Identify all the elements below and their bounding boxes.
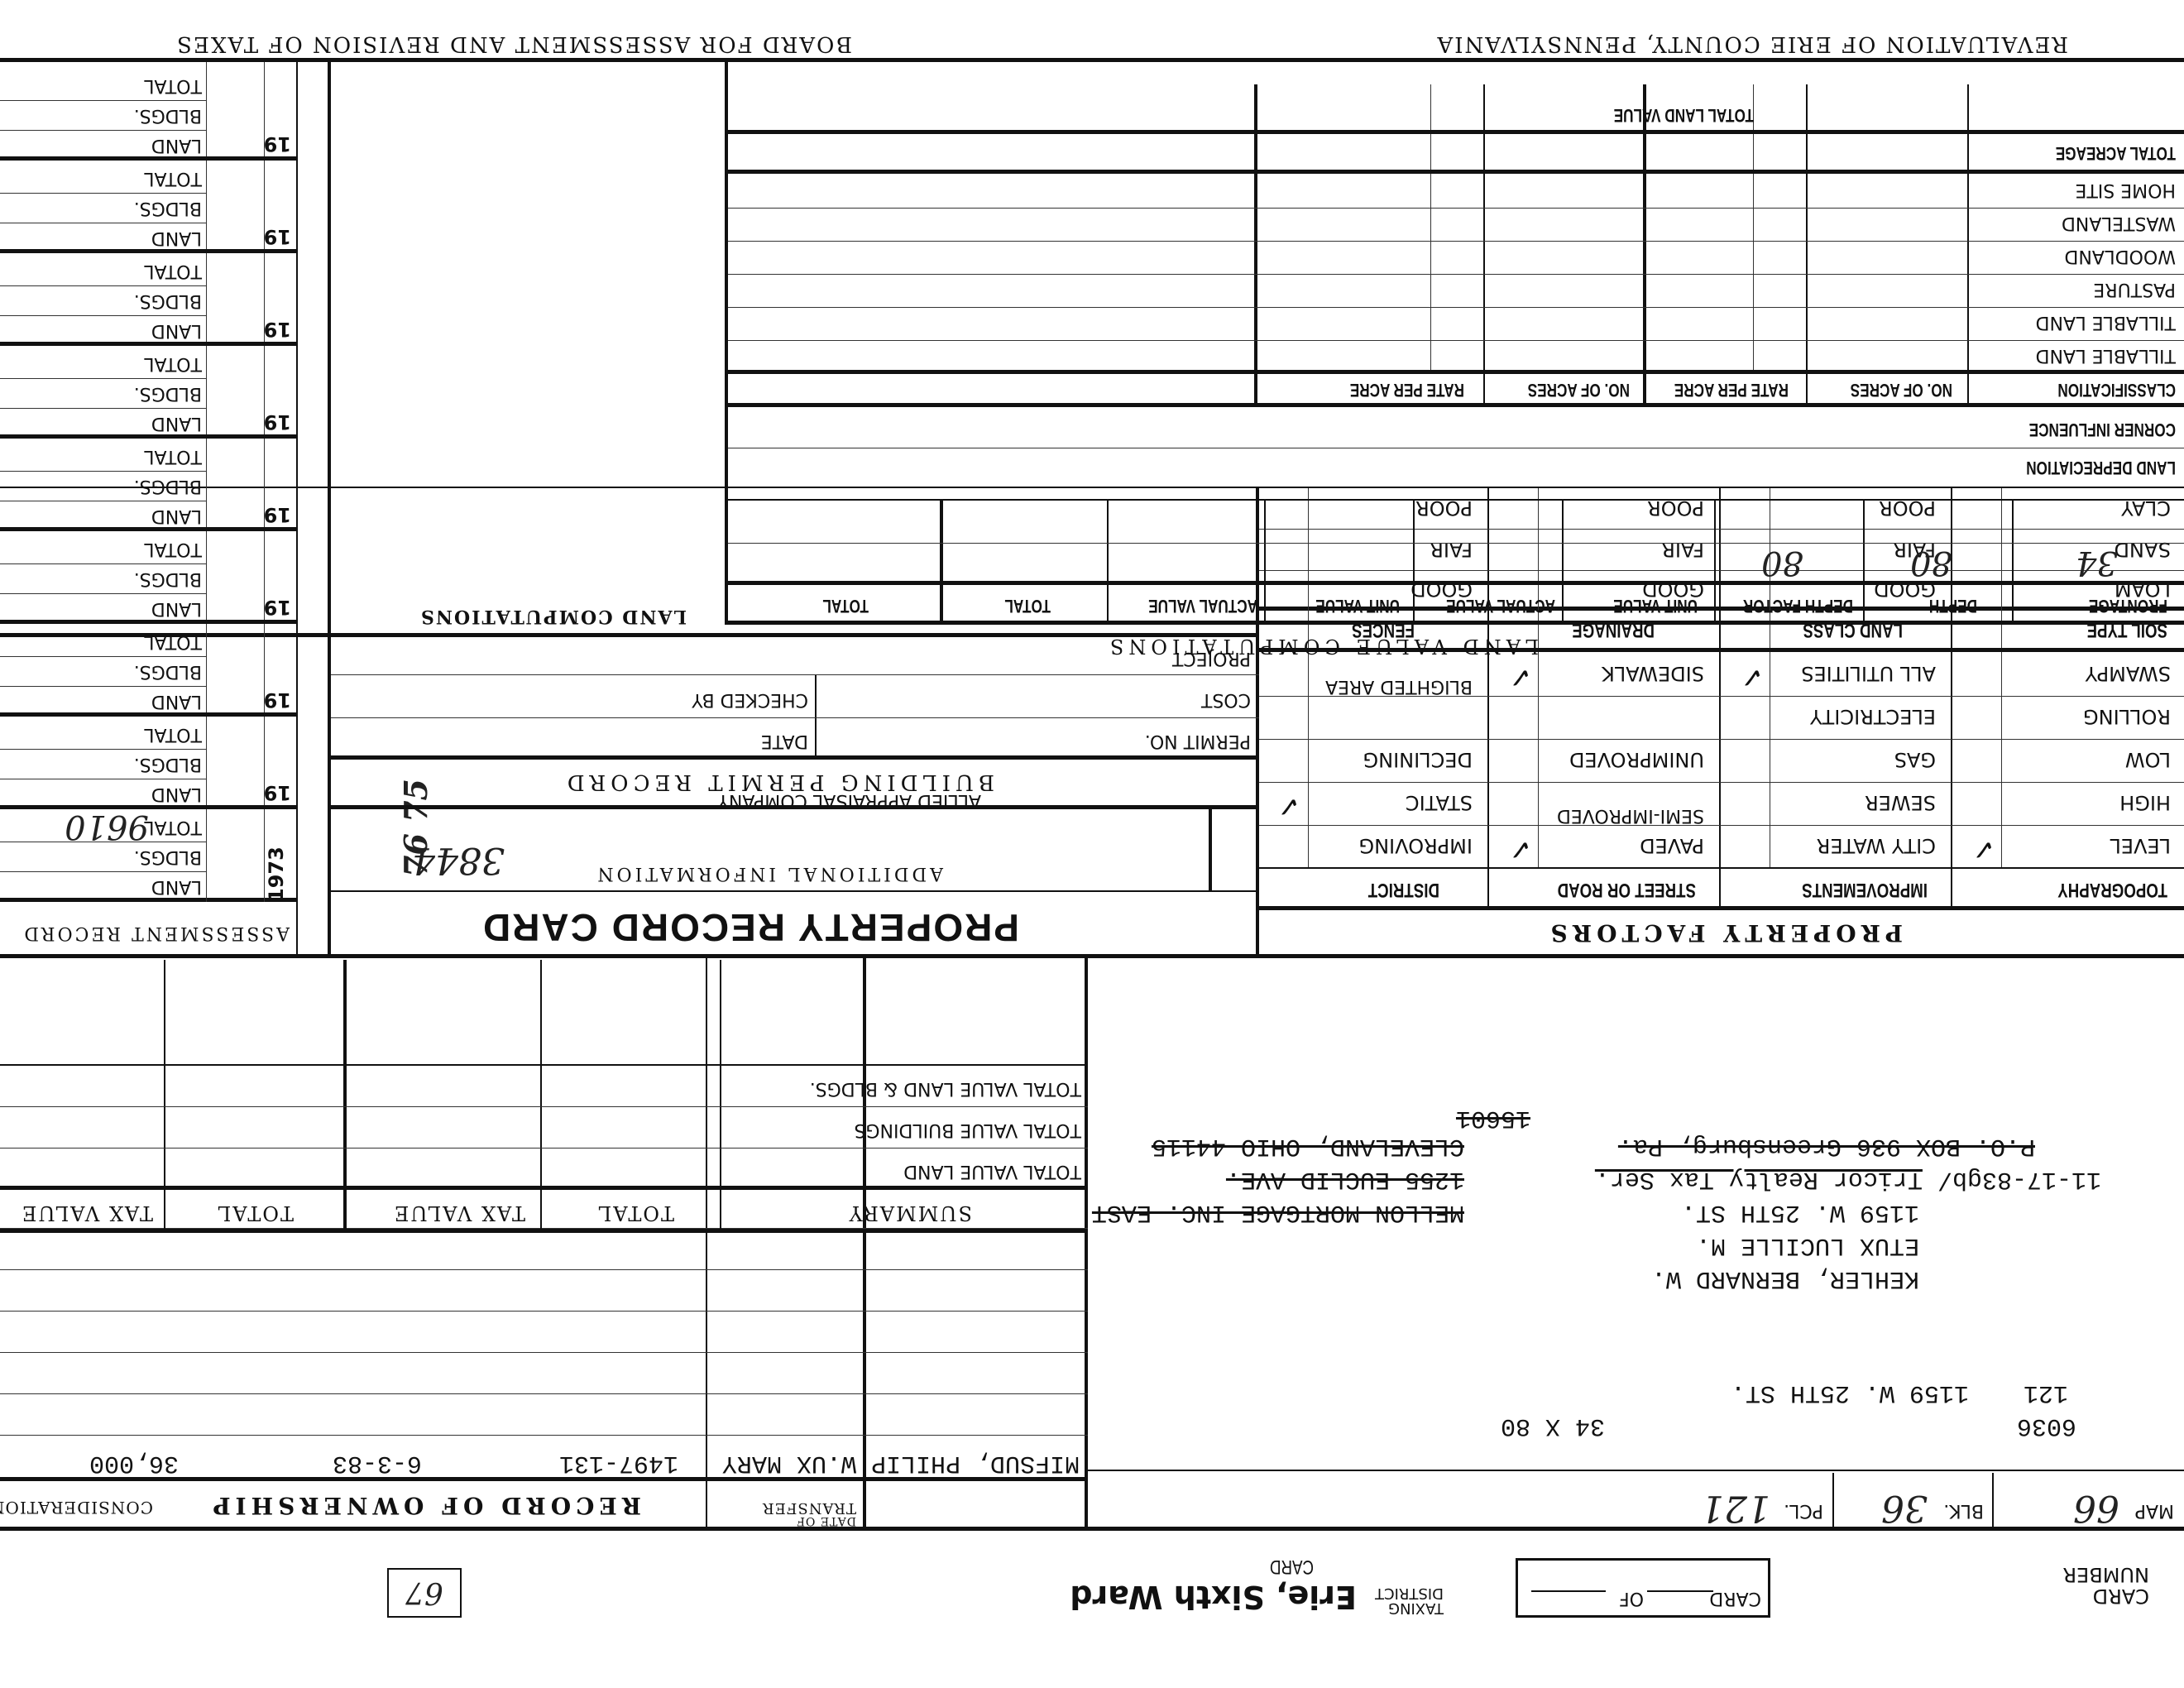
card-of-box[interactable]: CARD OF — [1516, 1558, 1770, 1618]
summary-table: SUMMARY TOTAL TAX VALUE TOTAL TAX VALUE … — [0, 960, 1088, 1233]
depth-value: 80 — [1910, 544, 1952, 582]
ownership-row-date: 6-3-83 — [333, 1449, 422, 1477]
owner-etux: ETUX LUCILLE M. — [1696, 1231, 1919, 1259]
assessment-block: 19 LAND BLDGS. TOTAL — [0, 68, 298, 161]
card-number-label: CARD — [1257, 1556, 1314, 1576]
revaluation-footer: REVALUATION OF ERIE COUNTY, PENNSYLVANIA — [1435, 31, 2068, 56]
property-record-card-title: PROPERTY RECORD CARD — [331, 892, 1259, 958]
building-permit-table: BUILDING PERMIT RECORD PERMIT NO. DATE C… — [331, 634, 1259, 809]
struck-zip: 15601 — [1456, 1104, 1530, 1132]
parcel-id-row: MAP 66 BLK. 36 PCL. 121 — [1088, 1473, 2184, 1531]
taxing-district-label: TAXING DISTRICT — [1361, 1585, 1444, 1615]
corner-influence-label: CORNER INFLUENCE — [1988, 419, 2176, 440]
struck-mortgage-street: 1255 EUCLID AVE. — [1226, 1165, 1464, 1193]
assessment-record-title: ASSESSMENT RECORD — [22, 923, 290, 943]
taxing-district-value: Erie, Sixth Ward — [1070, 1579, 1357, 1615]
assessment-block: 19 LAND BLDGS. TOTAL — [0, 531, 298, 624]
assessment-block: 19 LAND BLDGS. TOTAL — [0, 161, 298, 253]
land-value-table: FRONTAGE DEPTH DEPTH FACTOR UNIT VALUE A… — [728, 501, 2184, 625]
assessment-block: 19 LAND BLDGS. TOTAL — [0, 717, 298, 809]
assessment-block: 19 LAND BLDGS. TOTAL — [0, 253, 298, 346]
mortgage-note: 11-17-83gb/ Tricor Realty Tax Ser. — [1595, 1165, 2101, 1193]
owner-address: 1159 W. 25TH ST. — [1681, 1198, 1919, 1226]
property-record-card: CARD CARD NUMBER CARD OF TAXING DISTRICT… — [0, 0, 2184, 1688]
card-number-label: CARD NUMBER — [2058, 1564, 2149, 1607]
land-computations-label: LAND COMPUTATIONS — [419, 606, 687, 627]
assessment-year: 1973 — [265, 846, 288, 902]
owner-lot-size: 34 X 80 — [1501, 1412, 1605, 1440]
owner-name: KEHLER, BERNARD W. — [1651, 1264, 1919, 1292]
classification-table: CLASSIFICATION NO. OF ACRES RATE PER ACR… — [728, 84, 2184, 407]
record-of-ownership-header: RECORD OF OWNERSHIP DATE OF TRANSFER CON… — [0, 1481, 1088, 1531]
check-mark-icon: ✓ — [1509, 660, 1533, 693]
assessment-block: 19 LAND BLDGS. TOTAL — [0, 439, 298, 531]
assessment-block: 19 LAND BLDGS. TOTAL — [0, 624, 298, 717]
struck-po-box: P.O. BOX 936 Greensburg, Pa. — [1618, 1132, 2035, 1160]
page-number-box: 67 — [387, 1568, 462, 1618]
property-address: 1159 W. 25TH ST. — [1731, 1379, 1969, 1407]
land-depreciation-label: LAND DEPRECIATION — [1984, 457, 2176, 478]
ownership-row-consideration: 36,000 — [89, 1449, 179, 1477]
blk-value: 36 — [1881, 1487, 1928, 1529]
depth-factor-value: 80 — [1761, 544, 1803, 582]
land-computation-note: 3844 — [412, 839, 505, 881]
ownership-row-name: MIFSUD, PHILIP W.UX MARY — [722, 1449, 1080, 1477]
owner-pcl: 121 — [2024, 1379, 2068, 1407]
frontage-value: 34 — [2076, 544, 2118, 582]
assessment-table: 1973 LAND BLDGS. TOTAL 9610 19 LAND BLDG… — [0, 62, 298, 902]
map-value: 66 — [2073, 1487, 2119, 1529]
check-mark-icon: ✓ — [1741, 660, 1765, 693]
land-value-computations-title: LAND VALUE COMPUTATIONS — [1105, 635, 1539, 658]
check-mark-icon: ✓ — [1509, 832, 1533, 866]
assessment-total-value: 9610 — [65, 808, 149, 846]
struck-mortgage-name: MELLON MORTGAGE INC. EAST — [1092, 1198, 1464, 1226]
owner-line-id: 6036 — [2017, 1412, 2076, 1440]
struck-mortgage-city: CLEVELAND, OHIO 44115 — [1152, 1132, 1464, 1160]
pcl-value: 121 — [1701, 1487, 1770, 1529]
check-mark-icon: ✓ — [1277, 789, 1301, 822]
check-mark-icon: ✓ — [1972, 832, 1996, 866]
additional-info-label: ADDITIONAL INFORMATION — [594, 863, 943, 884]
assessment-block: 19 LAND BLDGS. TOTAL — [0, 346, 298, 439]
ownership-row-deed: 1497-131 — [559, 1449, 678, 1477]
board-footer: BOARD FOR ASSESSMENT AND REVISION OF TAX… — [175, 31, 852, 56]
